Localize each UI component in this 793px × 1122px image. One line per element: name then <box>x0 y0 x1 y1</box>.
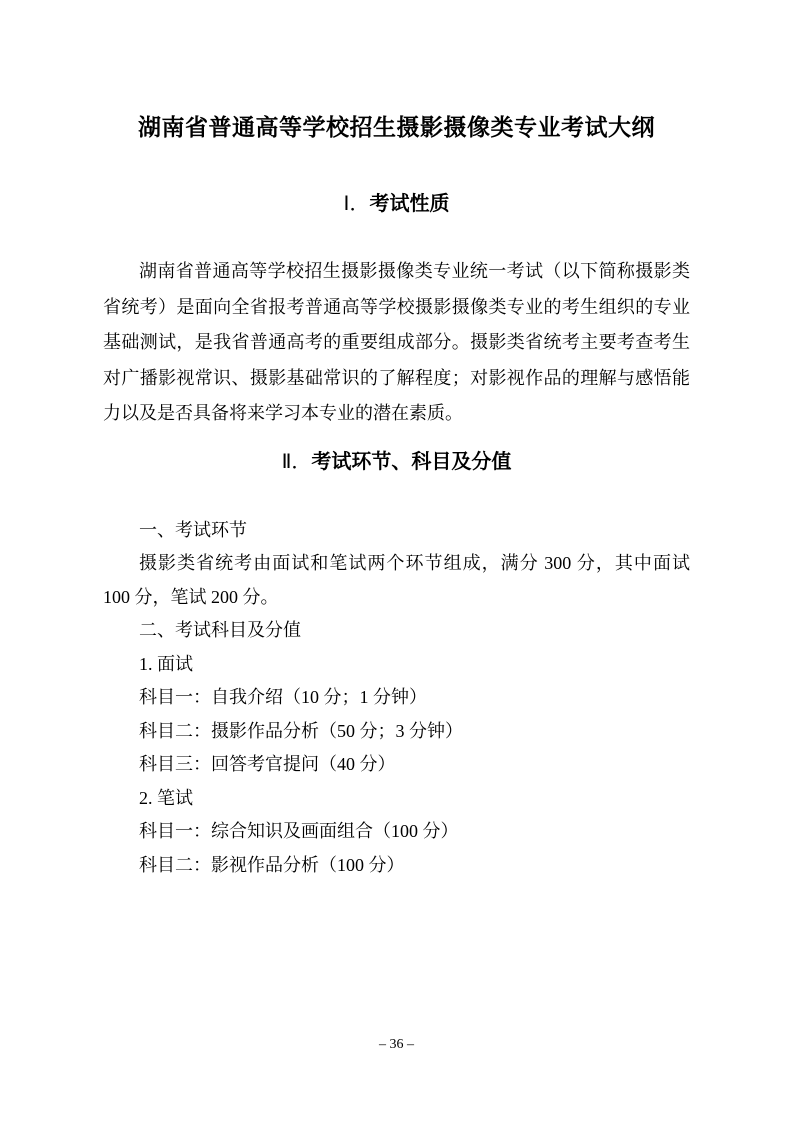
section-2-heading: Ⅱ．考试环节、科目及分值 <box>103 450 690 474</box>
section-1-paragraph: 湖南省普通高等学校招生摄影摄像类专业统一考试（以下简称摄影类省统考）是面向全省报… <box>103 254 690 432</box>
subhead-exam-stages: 一、考试环节 <box>103 514 690 548</box>
item-written-subject-1: 科目一：综合知识及画面组合（100 分） <box>103 815 690 849</box>
section-2-heading-text: 考试环节、科目及分值 <box>311 451 511 473</box>
item-interview-subject-1: 科目一：自我介绍（10 分；1 分钟） <box>103 681 690 715</box>
item-interview-subject-2: 科目二：摄影作品分析（50 分；3 分钟） <box>103 715 690 749</box>
document-title: 湖南省普通高等学校招生摄影摄像类专业考试大纲 <box>103 113 690 141</box>
section-1-numeral: Ⅰ． <box>344 193 370 215</box>
page-footer: – 36 – <box>0 1036 793 1054</box>
document-page: 湖南省普通高等学校招生摄影摄像类专业考试大纲 Ⅰ．考试性质 湖南省普通高等学校招… <box>0 0 793 1122</box>
item-written-test: 2. 笔试 <box>103 782 690 816</box>
item-interview-subject-3: 科目三：回答考官提问（40 分） <box>103 748 690 782</box>
page-number: – 36 – <box>379 1037 414 1052</box>
section-1-heading: Ⅰ．考试性质 <box>103 192 690 216</box>
section-2-numeral: Ⅱ． <box>282 451 312 473</box>
section-2-content: 一、考试环节 摄影类省统考由面试和笔试两个环节组成，满分 300 分，其中面试 … <box>103 514 690 883</box>
subhead-subjects-and-scores: 二、考试科目及分值 <box>103 614 690 648</box>
para-exam-stages-detail: 摄影类省统考由面试和笔试两个环节组成，满分 300 分，其中面试 100 分，笔… <box>103 547 690 614</box>
item-interview: 1. 面试 <box>103 648 690 682</box>
section-1-heading-text: 考试性质 <box>369 193 449 215</box>
item-written-subject-2: 科目二：影视作品分析（100 分） <box>103 849 690 883</box>
